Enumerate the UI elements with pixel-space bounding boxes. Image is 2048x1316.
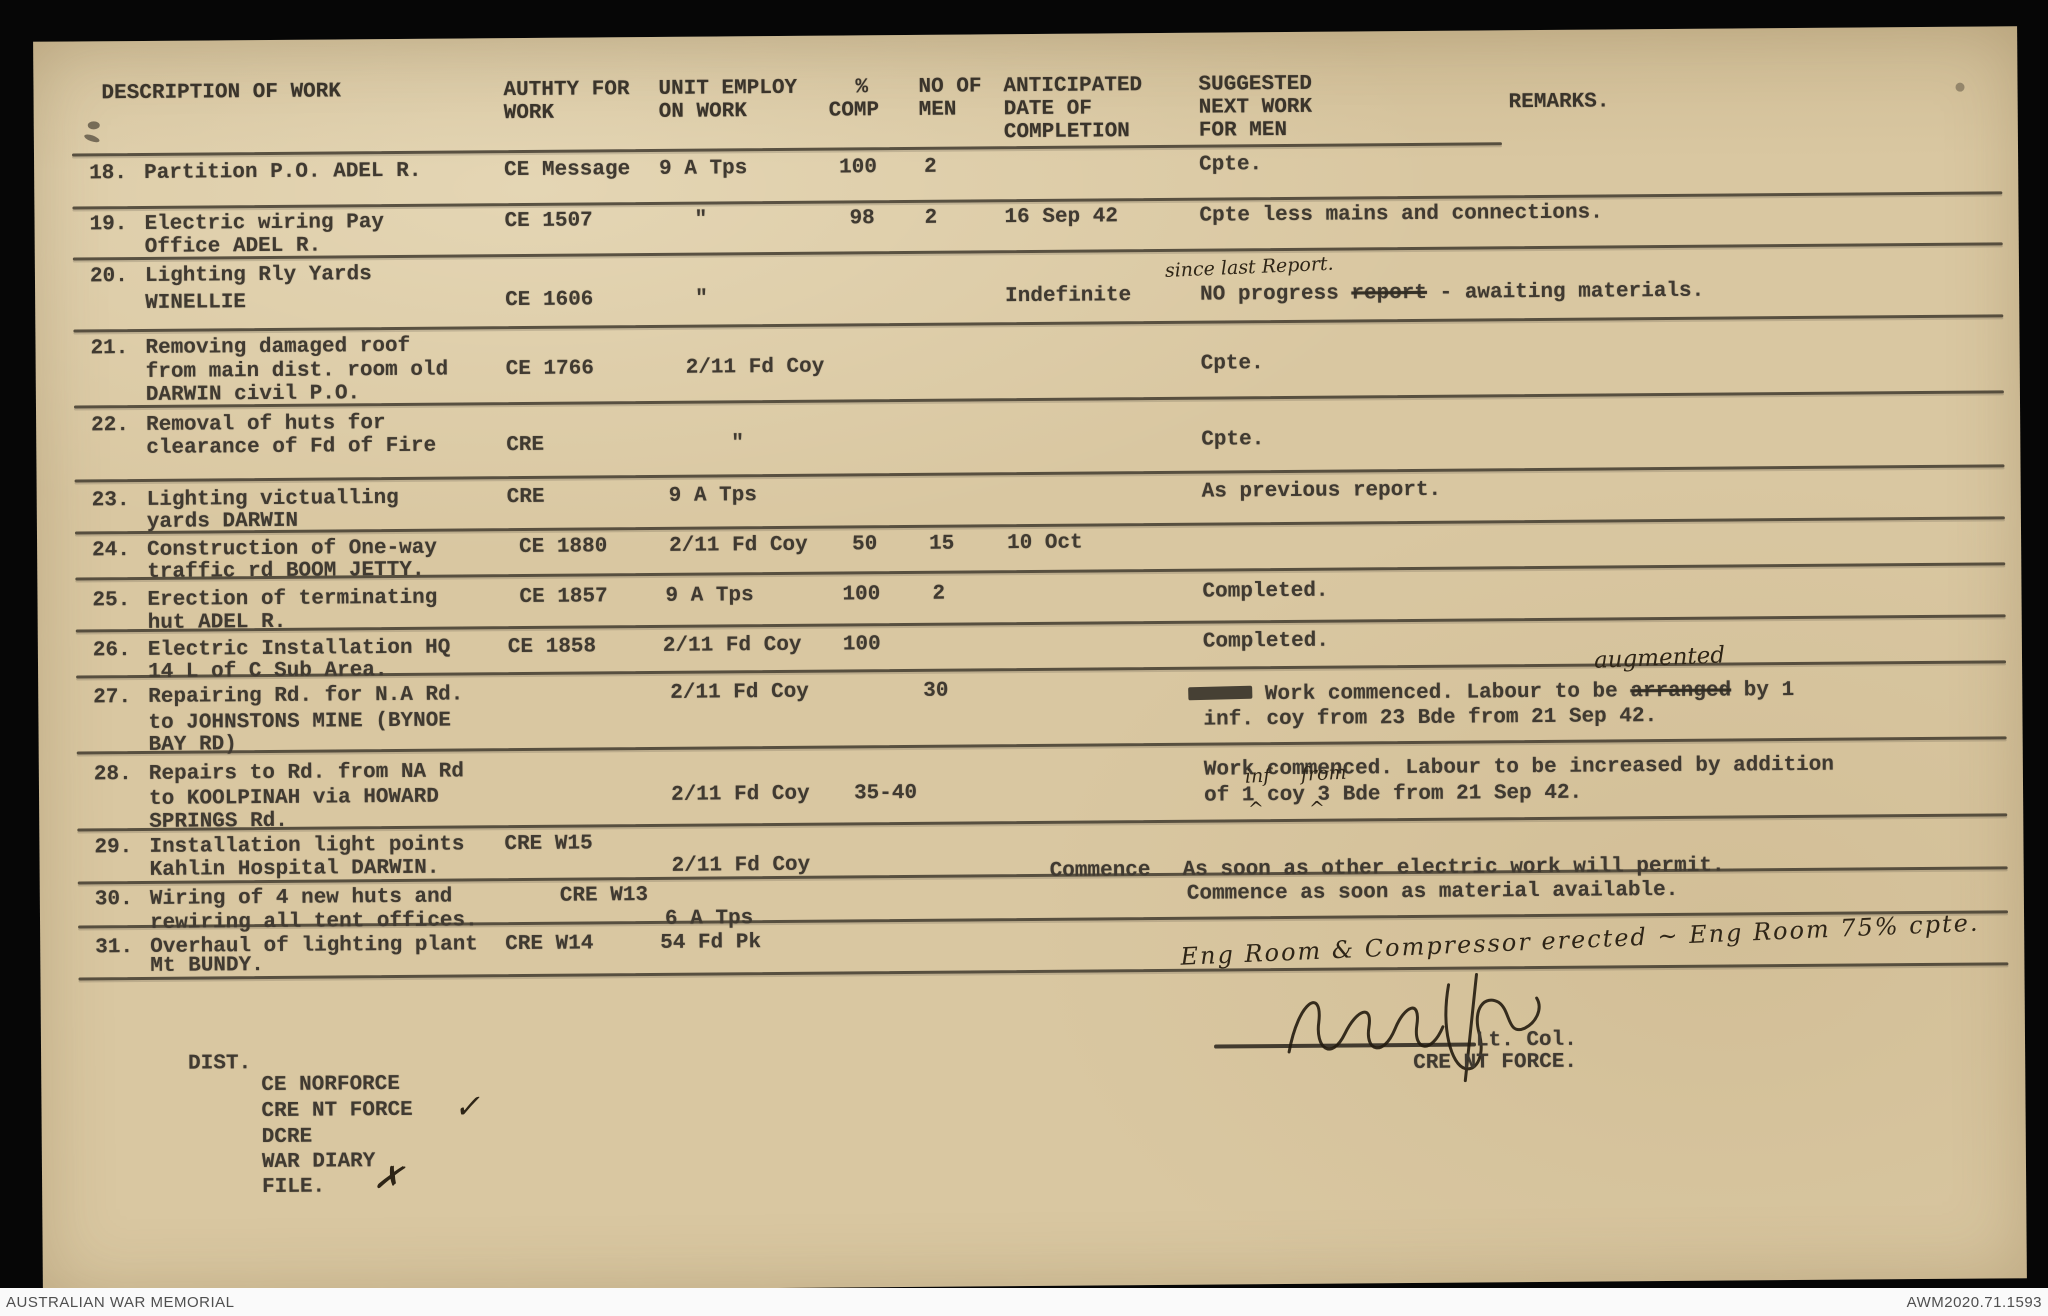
row-26-next-work: Completed. bbox=[1203, 631, 1329, 653]
row-24-description-line2: traffic rd BOOM JETTY. bbox=[147, 560, 424, 583]
row-30-unit: 6 A Tps bbox=[665, 908, 753, 930]
row-28-caret-mark: ^ bbox=[1309, 799, 1326, 819]
row-24-number: 24. bbox=[92, 540, 130, 561]
distribution-label: DIST. bbox=[188, 1053, 251, 1074]
row-23-unit: 9 A Tps bbox=[669, 485, 757, 507]
attribution-left: AUSTRALIAN WAR MEMORIAL bbox=[6, 1294, 234, 1311]
row-26-unit: 2/11 Fd Coy bbox=[663, 635, 802, 657]
header-next-work-line1: SUGGESTED bbox=[1198, 74, 1312, 96]
row-29-number: 29. bbox=[94, 837, 132, 858]
row-21-description-line1: Removing damaged roof bbox=[145, 336, 410, 359]
row-19-date: 16 Sep 42 bbox=[1004, 206, 1118, 228]
row-31-unit: 54 Fd Pk bbox=[660, 932, 761, 954]
row-18-unit: 9 A Tps bbox=[659, 158, 747, 180]
row-19-percent: 98 bbox=[849, 208, 874, 229]
row-22-next-work: Cpte. bbox=[1201, 429, 1264, 450]
row-27-men: 30 bbox=[923, 681, 948, 702]
row-31-handwritten-remark: Eng Room & Compressor erected ~ Eng Room… bbox=[1180, 911, 1980, 969]
row-25-description-line2: hut ADEL R. bbox=[148, 612, 287, 634]
table-rule bbox=[73, 242, 2003, 260]
header-authority-line1: AUTHTY FOR bbox=[503, 79, 629, 101]
row-24-men: 15 bbox=[929, 534, 954, 555]
header-next-work-line2: NEXT WORK bbox=[1199, 97, 1313, 119]
row-23-description-line1: Lighting victualling bbox=[147, 488, 399, 511]
row-27-description-line1: Repairing Rd. for N.A Rd. bbox=[148, 684, 463, 707]
row-19-unit-ditto: " bbox=[694, 210, 707, 231]
header-date-line2: DATE OF bbox=[1004, 98, 1092, 120]
row-20-number: 20. bbox=[90, 266, 128, 287]
header-men-line2: MEN bbox=[919, 100, 957, 121]
row-18-men: 2 bbox=[924, 157, 937, 178]
table-rule bbox=[73, 314, 2003, 332]
row-31-authority: CRE W14 bbox=[505, 933, 593, 955]
row-18-number: 18. bbox=[89, 163, 127, 184]
handwritten-tick-mark: ✓ bbox=[453, 1090, 481, 1123]
row-24-description-line1: Construction of One-way bbox=[147, 538, 437, 561]
row-25-number: 25. bbox=[92, 590, 130, 611]
row-29-description-line1: Installation light points bbox=[149, 834, 464, 857]
distribution-item: WAR DIARY bbox=[262, 1151, 376, 1173]
header-next-work-line3: FOR MEN bbox=[1199, 120, 1287, 142]
signature-unit: CRE NT FORCE. bbox=[1413, 1052, 1577, 1074]
row-29-unit: 2/11 Fd Coy bbox=[672, 855, 811, 877]
row-20-handwritten-annotation: since last Report. bbox=[1165, 255, 1334, 281]
row-28-handwritten-insert-inf: inf bbox=[1245, 767, 1271, 787]
row-29-next-work: As soon as other electric work will perm… bbox=[1183, 856, 1725, 881]
row-23-next-work: As previous report. bbox=[1202, 480, 1442, 503]
row-27-unit: 2/11 Fd Coy bbox=[670, 682, 809, 704]
row-27-ink-blot bbox=[1188, 686, 1252, 701]
row-24-unit: 2/11 Fd Coy bbox=[669, 535, 808, 557]
attribution-right: AWM2020.71.1593 bbox=[1907, 1294, 2042, 1311]
row-30-number: 30. bbox=[95, 889, 133, 910]
header-remarks: REMARKS. bbox=[1509, 91, 1610, 113]
paper-tear-speck bbox=[88, 121, 100, 129]
row-28-unit: 2/11 Fd Coy bbox=[671, 784, 810, 806]
row-19-authority: CE 1507 bbox=[504, 210, 592, 232]
distribution-item: DCRE bbox=[262, 1127, 313, 1148]
row-29-date-word: Commence bbox=[1050, 860, 1151, 882]
row-28-description-line2: to KOOLPINAH via HOWARD bbox=[149, 787, 439, 810]
row-22-unit-ditto: " bbox=[731, 433, 744, 454]
header-unit-line1: UNIT EMPLOY bbox=[658, 78, 797, 100]
row-26-description-line1: Electric Installation HQ bbox=[148, 638, 451, 661]
row-20-remark-post: - awaiting materials. bbox=[1427, 280, 1704, 305]
row-19-men: 2 bbox=[924, 208, 937, 229]
header-date-line3: COMPLETION bbox=[1004, 121, 1130, 143]
row-20-date: Indefinite bbox=[1005, 285, 1131, 307]
attribution-strip: AUSTRALIAN WAR MEMORIAL AWM2020.71.1593 bbox=[0, 1288, 2048, 1316]
row-25-authority: CE 1857 bbox=[519, 586, 607, 608]
row-18-next-work: Cpte. bbox=[1199, 154, 1262, 175]
signature-rank: Lt. Col. bbox=[1476, 1030, 1577, 1052]
header-date-line1: ANTICIPATED bbox=[1003, 75, 1142, 97]
scanned-document-page: { "footer": {"left": "AUSTRALIAN WAR MEM… bbox=[0, 0, 2048, 1316]
row-20-unit-ditto: " bbox=[695, 289, 708, 310]
header-description: DESCRIPTION OF WORK bbox=[101, 81, 341, 104]
row-20-description-line2: WINELLIE bbox=[145, 292, 246, 314]
row-28-handwritten-insert-from: from bbox=[1301, 764, 1347, 785]
row-20-remark-struck-word: report bbox=[1351, 282, 1427, 306]
row-19-description-line2: Office ADEL R. bbox=[145, 236, 322, 258]
row-22-description-line1: Removal of huts for bbox=[146, 413, 386, 436]
row-21-description-line2: from main dist. room old bbox=[146, 360, 449, 383]
row-28-description-line3: SPRINGS Rd. bbox=[149, 811, 288, 833]
row-28-remark-line1: Work commenced. Labour to be increased b… bbox=[1204, 755, 1834, 781]
handwritten-cross-mark: ✗ bbox=[372, 1159, 405, 1196]
row-27-remark-struck-word: arranged bbox=[1630, 679, 1731, 703]
header-percent-line1: % bbox=[855, 77, 868, 98]
distribution-item: CE NORFORCE bbox=[261, 1074, 400, 1096]
row-24-percent: 50 bbox=[852, 534, 877, 555]
table-rule bbox=[78, 962, 2008, 980]
row-19-next-work: Cpte less mains and connections. bbox=[1199, 202, 1602, 226]
row-28-caret-mark: ^ bbox=[1248, 800, 1265, 820]
row-30-next-work: Commence as soon as material available. bbox=[1187, 880, 1679, 905]
row-25-men: 2 bbox=[932, 584, 945, 605]
row-26-authority: CE 1858 bbox=[508, 636, 596, 658]
table-rule bbox=[74, 390, 2004, 408]
row-30-description-line1: Wiring of 4 new huts and bbox=[150, 887, 453, 910]
row-28-description-line1: Repairs to Rd. from NA Rd bbox=[149, 761, 464, 784]
row-30-description-line2: rewiring all tent offices. bbox=[150, 910, 478, 934]
row-31-description-line2: Mt BUNDY. bbox=[150, 955, 264, 977]
row-27-remark-line1: Work commenced. Labour to be arranged by… bbox=[1188, 680, 1794, 706]
row-29-authority: CRE W15 bbox=[504, 833, 592, 855]
row-20-description-line1: Lighting Rly Yards bbox=[145, 264, 372, 287]
row-24-date: 10 Oct bbox=[1007, 533, 1083, 555]
header-percent-line2: COMP bbox=[829, 100, 880, 121]
row-22-description-line2: clearance of Fd of Fire bbox=[146, 436, 436, 459]
row-27-handwritten-annotation: augmented bbox=[1594, 644, 1726, 673]
row-25-unit: 9 A Tps bbox=[665, 585, 753, 607]
row-27-description-line2: to JOHNSTONS MINE (BYNOE bbox=[148, 711, 451, 734]
row-20-remark-pre: NO progress bbox=[1200, 282, 1351, 306]
row-21-description-line3: DARWIN civil P.O. bbox=[146, 383, 360, 406]
paper-tear-speck bbox=[83, 133, 100, 144]
header-men-line1: NO OF bbox=[918, 76, 981, 97]
table-rule bbox=[77, 813, 2007, 831]
row-26-description-line2: 14 L of C Sub Area. bbox=[148, 660, 388, 683]
row-22-authority: CRE bbox=[506, 435, 544, 456]
row-27-remark-line2: inf. coy from 23 Bde from 21 Sep 42. bbox=[1203, 706, 1657, 731]
row-27-remark-pre: Work commenced. Labour to be bbox=[1252, 680, 1630, 706]
row-18-description: Partition P.O. ADEL R. bbox=[144, 161, 421, 184]
row-29-description-line2: Kahlin Hospital DARWIN. bbox=[150, 858, 440, 881]
row-25-next-work: Completed. bbox=[1202, 581, 1328, 603]
row-22-number: 22. bbox=[91, 415, 129, 436]
row-27-remark-post: by 1 bbox=[1731, 679, 1794, 702]
row-20-authority: CE 1606 bbox=[505, 289, 593, 311]
row-31-number: 31. bbox=[95, 937, 133, 958]
table-rule bbox=[75, 464, 2005, 482]
row-21-authority: CE 1766 bbox=[506, 358, 594, 380]
row-25-percent: 100 bbox=[842, 584, 880, 605]
row-19-number: 19. bbox=[89, 214, 127, 235]
row-28-number: 28. bbox=[94, 764, 132, 785]
row-18-authority: CE Message bbox=[504, 159, 630, 181]
row-30-authority: CRE W13 bbox=[560, 885, 648, 907]
row-23-number: 23. bbox=[92, 490, 130, 511]
row-24-authority: CE 1880 bbox=[519, 536, 607, 558]
paper-hole bbox=[1955, 83, 1964, 92]
document-paper: DESCRIPTION OF WORK AUTHTY FOR WORK UNIT… bbox=[33, 26, 2027, 1294]
row-21-number: 21. bbox=[90, 338, 128, 359]
row-20-remark: NO progress report - awaiting materials. bbox=[1200, 281, 1704, 306]
distribution-item: FILE. bbox=[262, 1177, 325, 1198]
distribution-item: CRE NT FORCE bbox=[261, 1100, 412, 1122]
row-21-unit: 2/11 Fd Coy bbox=[686, 357, 825, 379]
row-26-percent: 100 bbox=[843, 634, 881, 655]
table-rule bbox=[77, 736, 2007, 754]
row-18-percent: 100 bbox=[839, 157, 877, 178]
row-19-description-line1: Electric wiring Pay bbox=[144, 212, 384, 235]
row-27-description-line3: BAY RD) bbox=[149, 734, 237, 756]
row-26-number: 26. bbox=[93, 640, 131, 661]
header-unit-line2: ON WORK bbox=[659, 101, 747, 123]
row-23-description-line2: yards DARWIN bbox=[147, 511, 298, 533]
table-rule bbox=[76, 614, 2006, 632]
row-27-number: 27. bbox=[93, 687, 131, 708]
table-rule bbox=[72, 142, 1502, 156]
row-28-percent: 35-40 bbox=[854, 783, 917, 804]
row-23-authority: CRE bbox=[507, 487, 545, 508]
row-21-next-work: Cpte. bbox=[1201, 353, 1264, 374]
row-25-description-line1: Erection of terminating bbox=[147, 588, 437, 611]
header-authority-line2: WORK bbox=[504, 103, 555, 124]
